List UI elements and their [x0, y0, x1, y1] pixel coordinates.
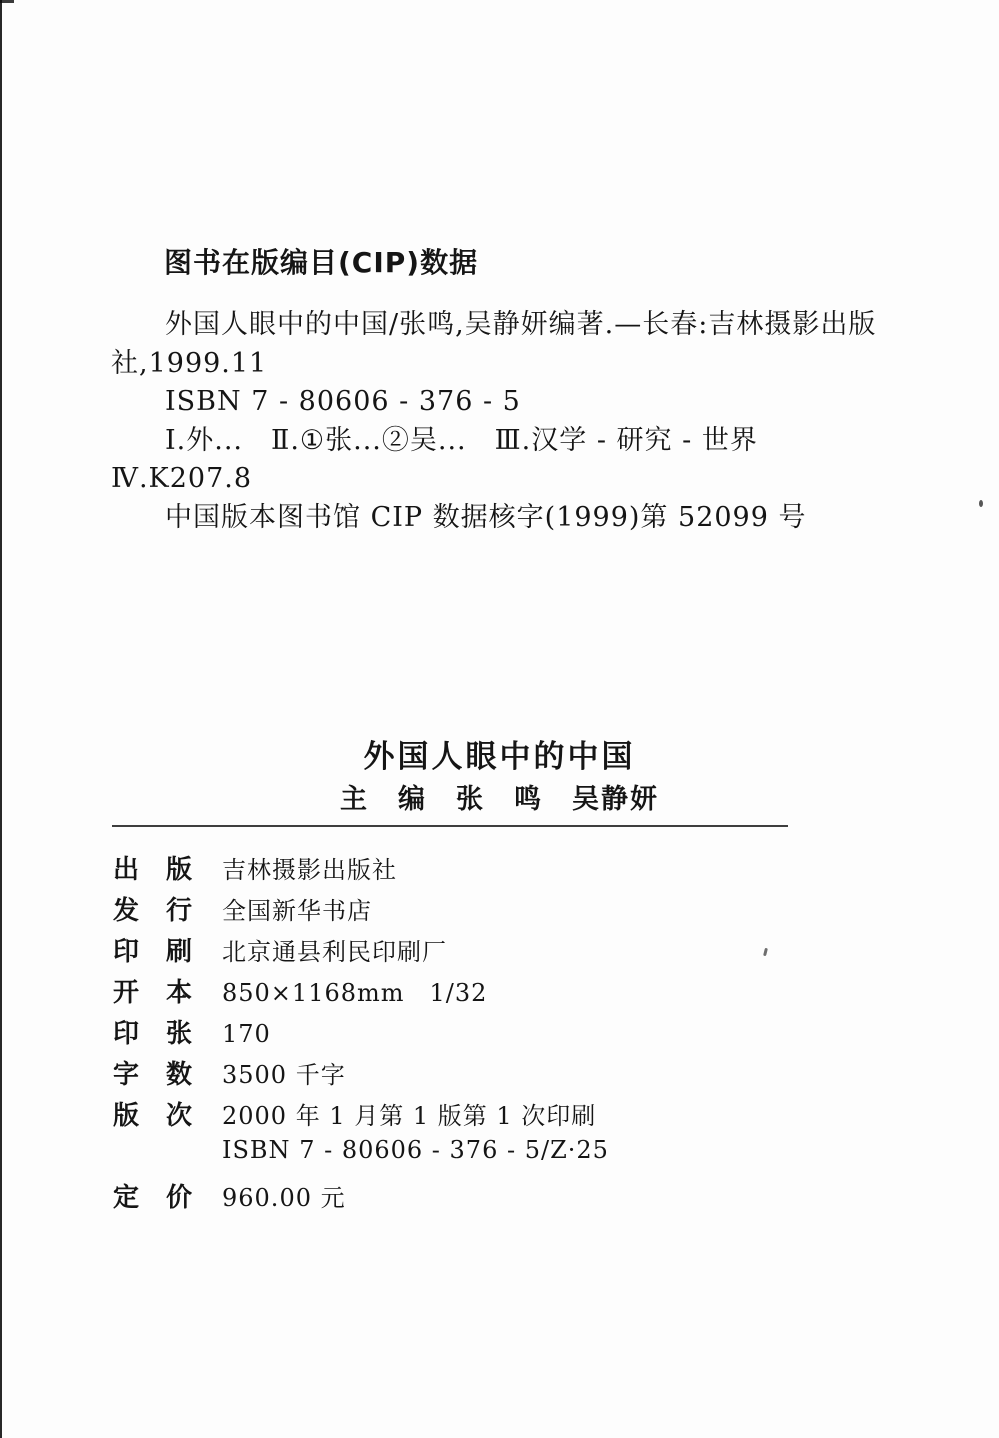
colophon-row-isbn: ISBN 7 - 80606 - 376 - 5/Z·25	[113, 1136, 913, 1177]
colophon-value: 960.00 元	[222, 1178, 346, 1213]
colophon-row-sheets: 印张 170	[113, 1013, 913, 1054]
colophon-label: 开本	[113, 972, 192, 1009]
colophon-row-format: 开本 850×1168mm 1/32	[113, 972, 913, 1013]
colophon-label: 版次	[113, 1095, 192, 1132]
cip-heading: 图书在版编目(CIP)数据	[164, 241, 478, 281]
colophon-value: ISBN 7 - 80606 - 376 - 5/Z·25	[222, 1136, 609, 1164]
colophon-value: 2000 年 1 月第 1 版第 1 次印刷	[222, 1096, 596, 1131]
cip-data-block: 外国人眼中的中国/张鸣,吴静妍编著.—长春:吉林摄影出版 社,1999.11 I…	[111, 306, 911, 537]
colophon-label: 定价	[113, 1177, 192, 1214]
colophon-row-printer: 印刷 北京通县利民印刷厂	[113, 931, 913, 972]
cip-line-class-number: Ⅳ.K207.8	[111, 460, 911, 499]
scan-edge-line	[0, 0, 2, 1438]
colophon-row-edition: 版次 2000 年 1 月第 1 版第 1 次印刷	[113, 1095, 913, 1136]
cip-line-record-number: 中国版本图书馆 CIP 数据核字(1999)第 52099 号	[111, 499, 911, 538]
colophon-label: 印刷	[113, 931, 192, 968]
colophon-value: 北京通县利民印刷厂	[222, 932, 447, 967]
colophon-value: 170	[222, 1020, 271, 1048]
colophon-value: 850×1168mm 1/32	[222, 973, 487, 1008]
cip-line: 社,1999.11	[111, 345, 911, 384]
colophon-label: 印张	[113, 1013, 192, 1050]
colophon-value: 吉林摄影出版社	[222, 850, 397, 885]
colophon-value: 3500 千字	[222, 1055, 346, 1090]
cip-line: 外国人眼中的中国/张鸣,吴静妍编著.—长春:吉林摄影出版	[111, 306, 911, 345]
editors-line: 主 编 张 鸣 吴静妍	[0, 777, 999, 816]
colophon-label: 发行	[113, 890, 192, 927]
colophon-table: 出版 吉林摄影出版社 发行 全国新华书店 印刷 北京通县利民印刷厂 开本 850…	[113, 849, 913, 1218]
colophon-value: 全国新华书店	[222, 891, 372, 926]
colophon-row-price: 定价 960.00 元	[113, 1177, 913, 1218]
scan-edge-mark	[0, 0, 14, 3]
cip-line-classification: Ⅰ.外... Ⅱ.①张...②吴... Ⅲ.汉学 - 研究 - 世界	[111, 422, 911, 461]
colophon-label: 出版	[113, 849, 192, 886]
colophon-row-publisher: 出版 吉林摄影出版社	[113, 849, 913, 890]
cip-line-isbn: ISBN 7 - 80606 - 376 - 5	[111, 383, 911, 422]
colophon-label: 字数	[113, 1054, 192, 1091]
divider-rule	[112, 825, 788, 827]
colophon-row-wordcount: 字数 3500 千字	[113, 1054, 913, 1095]
copyright-page: 图书在版编目(CIP)数据 外国人眼中的中国/张鸣,吴静妍编著.—长春:吉林摄影…	[0, 0, 999, 1438]
colophon-row-distributor: 发行 全国新华书店	[113, 890, 913, 931]
book-title: 外国人眼中的中国	[0, 731, 999, 776]
scan-speck	[979, 500, 983, 507]
